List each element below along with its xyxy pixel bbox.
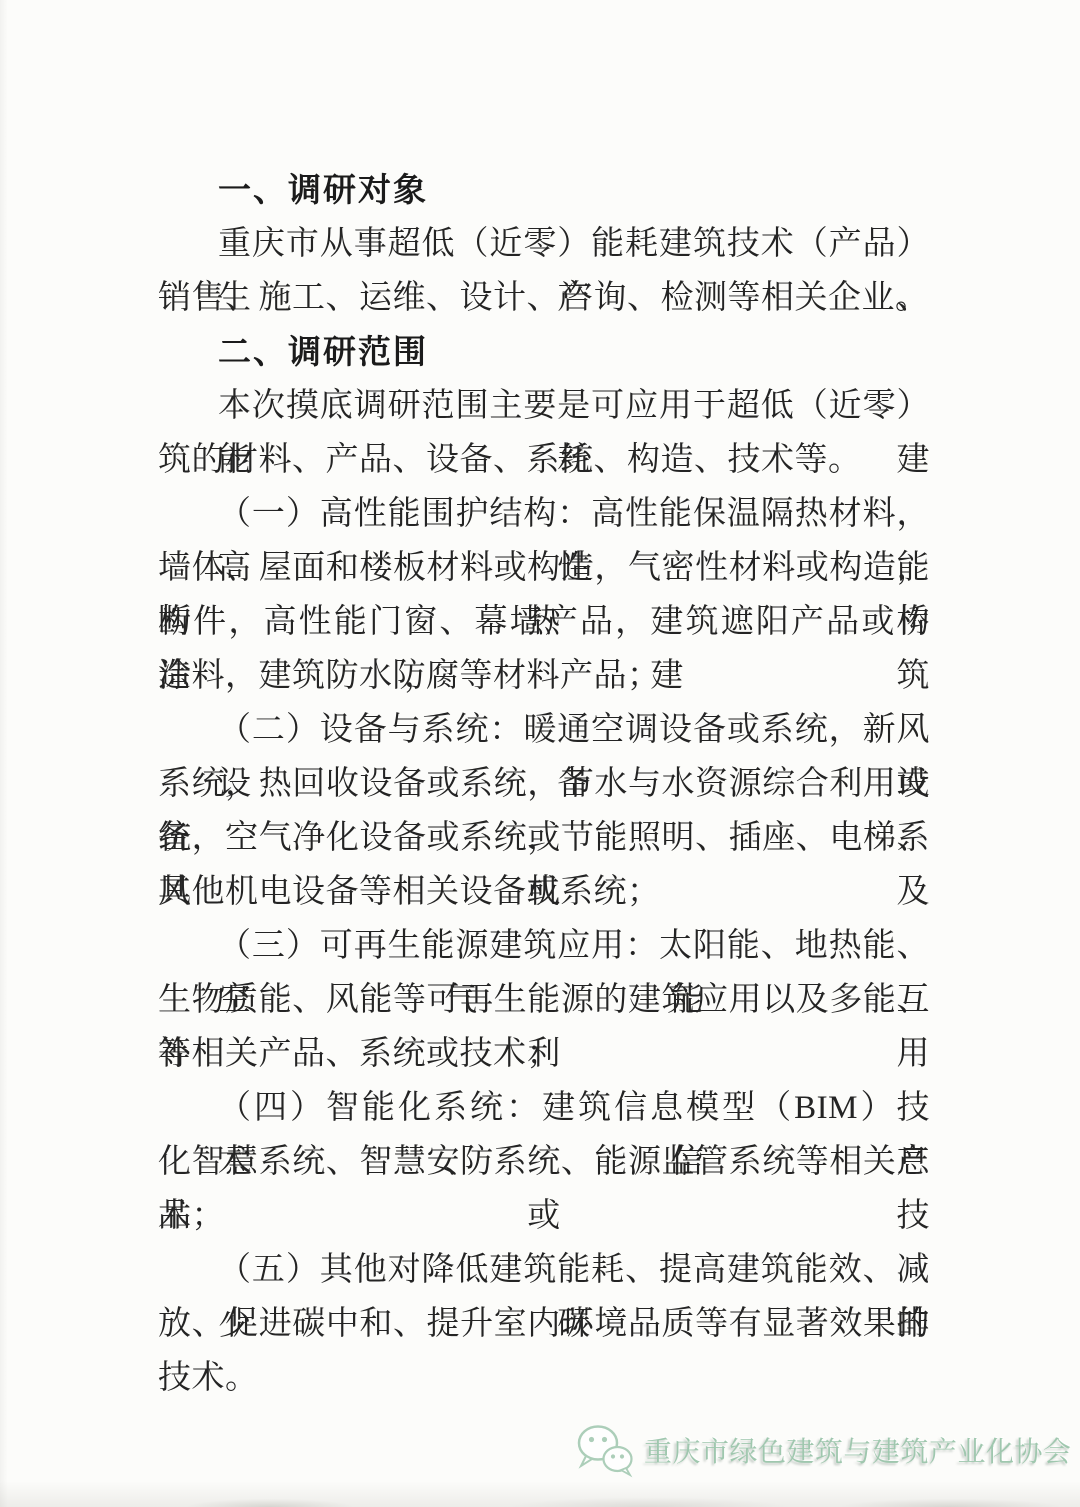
scanned-document-page: 一、调研对象重庆市从事超低（近零）能耗建筑技术（产品）生产、销售、施工、运维、设… — [0, 0, 1080, 1507]
text-line: 系统，热回收设备或系统，节水与水资源综合利用设备或系 — [158, 757, 930, 811]
left-scan-shadow — [0, 0, 8, 1507]
text-line: 生物质能、风能等可再生能源的建筑应用以及多能互补利用 — [158, 973, 930, 1027]
text-line: （五）其他对降低建筑能耗、提高建筑能效、减少碳排 — [158, 1243, 930, 1297]
text-line: （二）设备与系统：暖通空调设备或系统，新风设备或 — [158, 703, 930, 757]
text-line: 本次摸底调研范围主要是可应用于超低（近零）能耗建 — [158, 379, 930, 433]
text-line: （一）高性能围护结构：高性能保温隔热材料，高性能 — [158, 487, 930, 541]
section-heading: 一、调研对象 — [158, 163, 930, 217]
text-line: 构件，高性能门窗、幕墙产品，建筑遮阳产品或构造，建筑 — [158, 595, 930, 649]
bottom-scan-shadow — [0, 1481, 1080, 1507]
document-body: 一、调研对象重庆市从事超低（近零）能耗建筑技术（产品）生产、销售、施工、运维、设… — [158, 163, 930, 1351]
text-line: 重庆市从事超低（近零）能耗建筑技术（产品）生产、 — [158, 217, 930, 271]
text-line: 放、促进碳中和、提升室内环境品质等有显著效果的技术。 — [158, 1297, 930, 1351]
text-line: 墙体、屋面和楼板材料或构造，气密性材料或构造，断热桥 — [158, 541, 930, 595]
text-line: 筑的材料、产品、设备、系统、构造、技术等。 — [158, 433, 930, 487]
text-line: （四）智能化系统：建筑信息模型（BIM）技术、信息 — [158, 1081, 930, 1135]
text-line: 化智慧系统、智慧安防系统、能源监管系统等相关产品或技 — [158, 1135, 930, 1189]
association-watermark: 重庆市绿色建筑与建筑产业化协会 — [576, 1418, 1072, 1482]
text-line: 统，空气净化设备或系统，节能照明、插座、电梯、风机及 — [158, 811, 930, 865]
section-heading: 二、调研范围 — [158, 325, 930, 379]
wechat-icon — [576, 1422, 634, 1478]
text-line: （三）可再生能源建筑应用：太阳能、地热能、空气能、 — [158, 919, 930, 973]
text-line: 销售、施工、运维、设计、咨询、检测等相关企业。 — [158, 271, 930, 325]
watermark-text: 重庆市绿色建筑与建筑产业化协会 — [644, 1430, 1072, 1470]
